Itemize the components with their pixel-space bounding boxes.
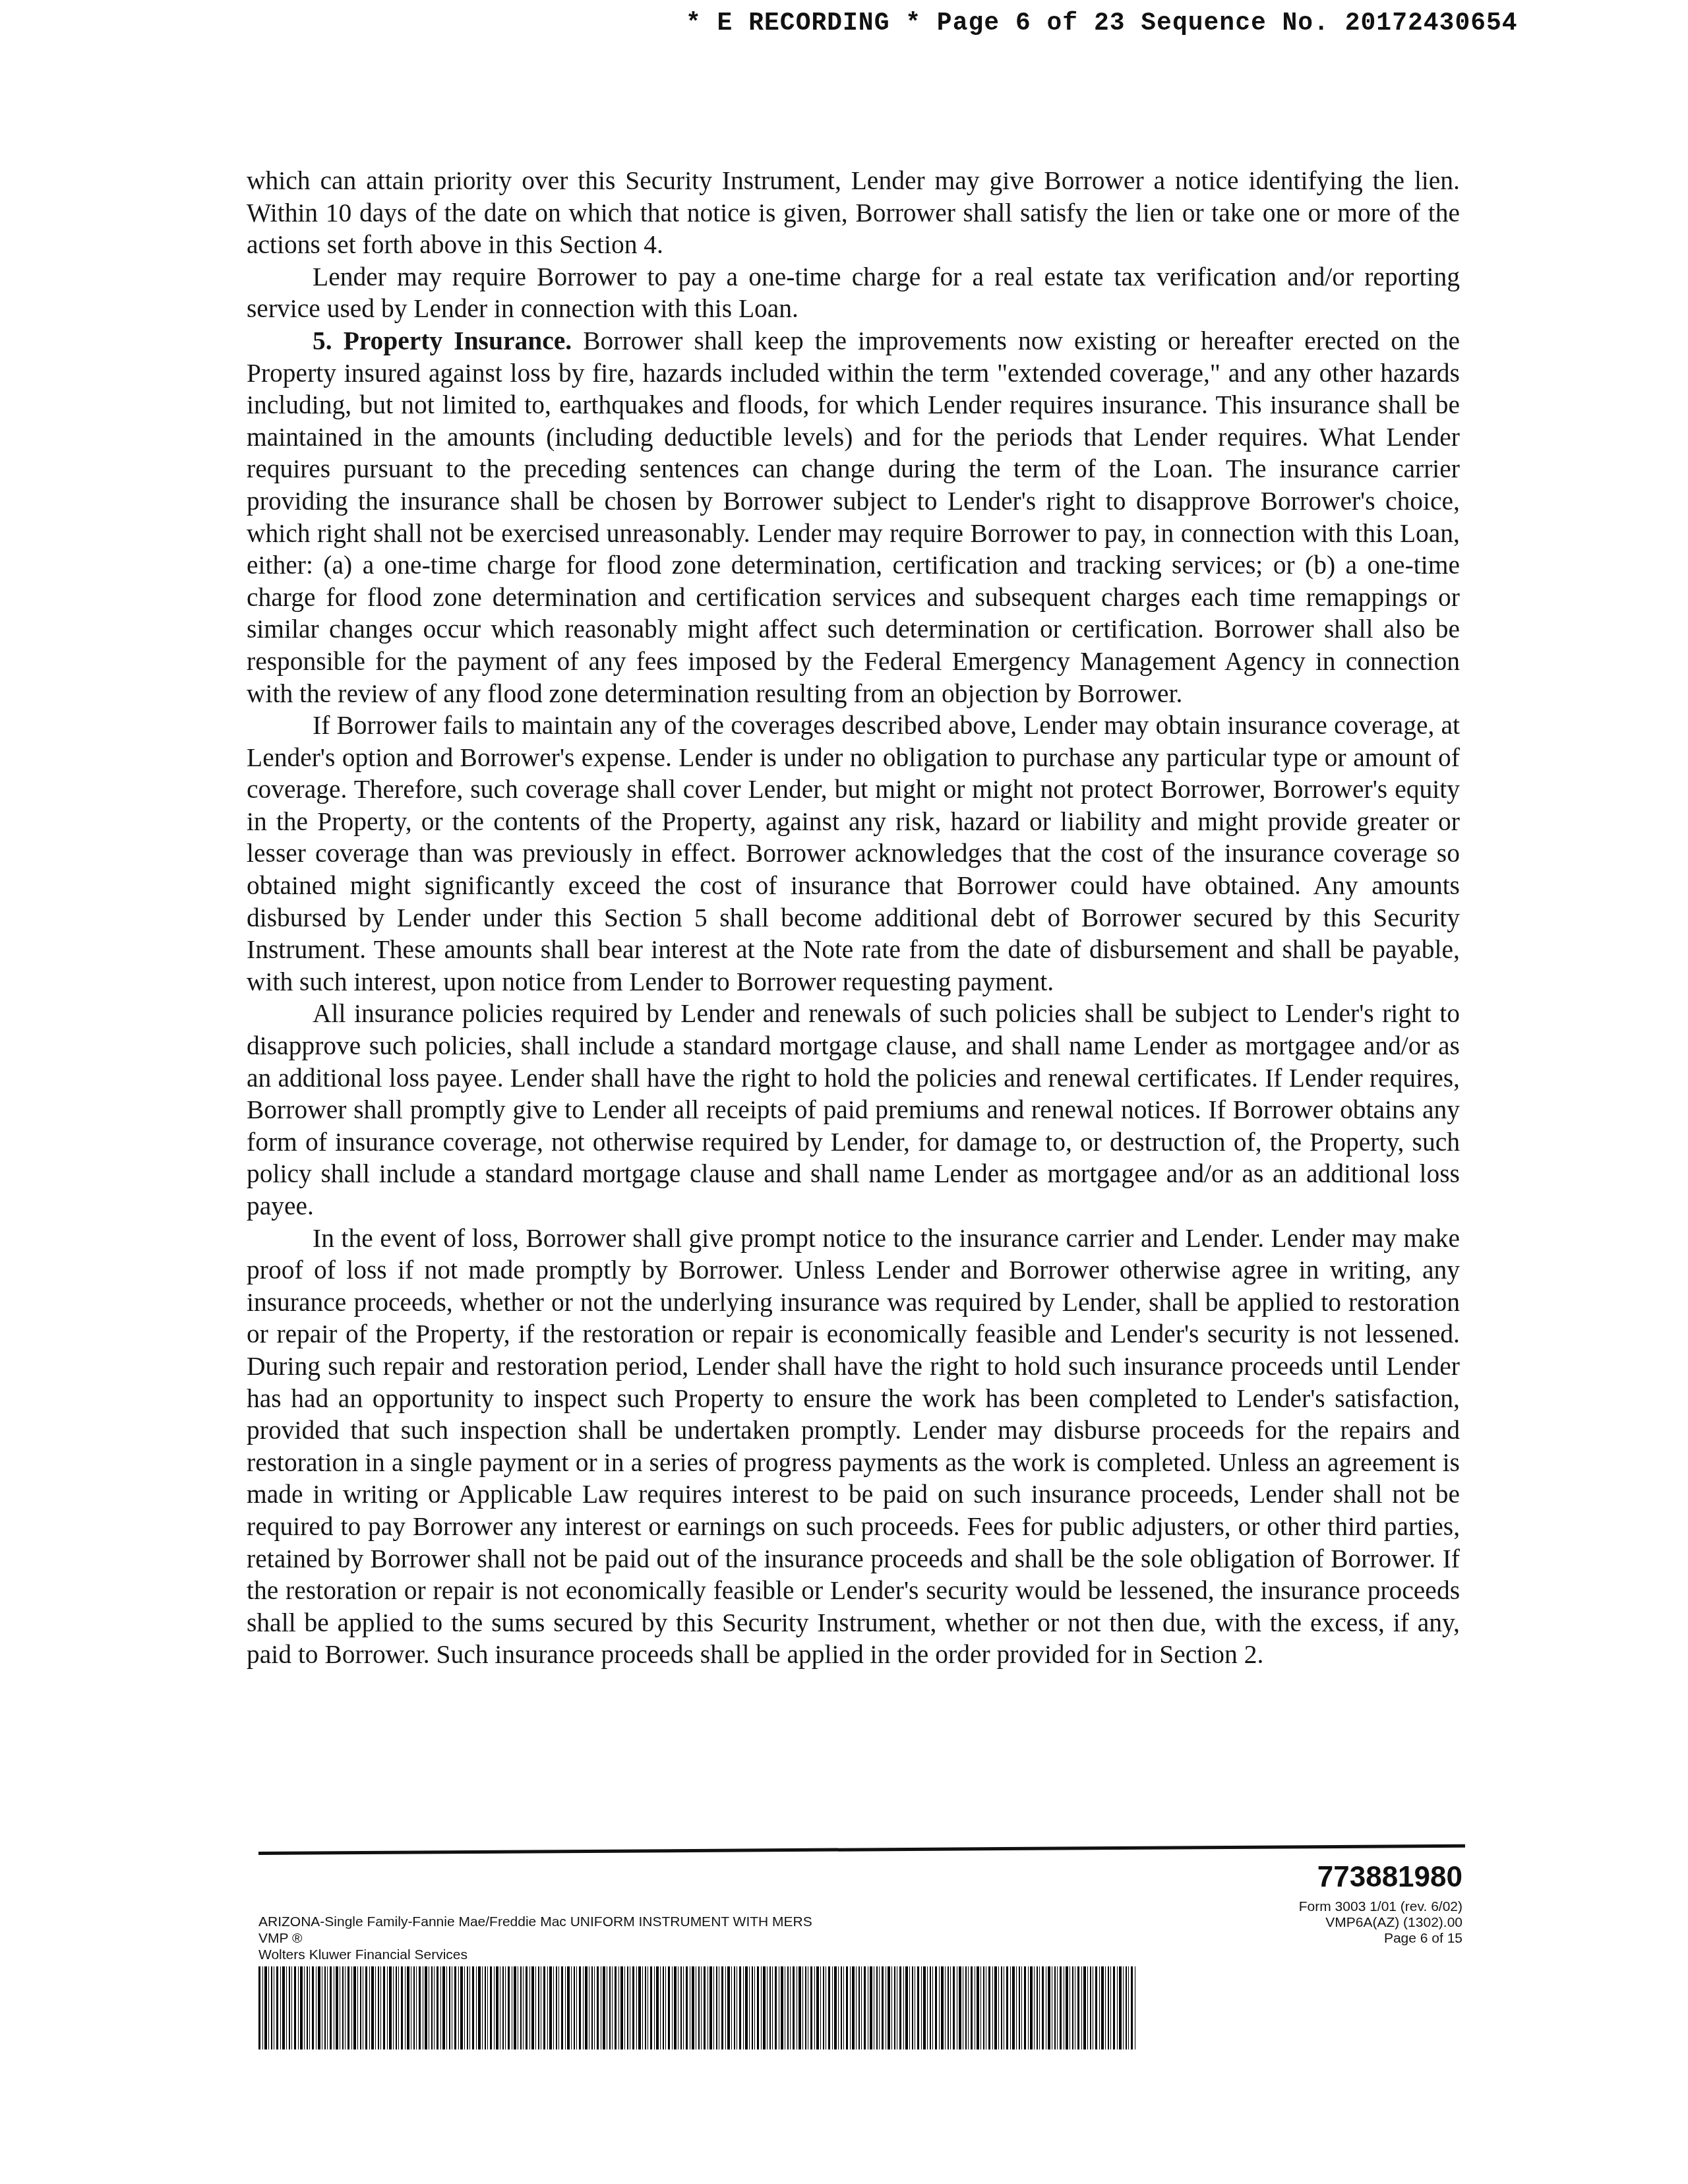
paragraph-event-of-loss: In the event of loss, Borrower shall giv… <box>247 1223 1460 1671</box>
barcode-icon <box>258 1966 1135 2049</box>
document-body: which can attain priority over this Secu… <box>247 165 1460 1671</box>
paragraph-insurance-policies: All insurance policies required by Lende… <box>247 998 1460 1222</box>
footer-form-info: ARIZONA-Single Family-Fannie Mae/Freddie… <box>258 1914 812 1963</box>
paragraph-coverage-failure: If Borrower fails to maintain any of the… <box>247 710 1460 998</box>
form-title: ARIZONA-Single Family-Fannie Mae/Freddie… <box>258 1914 812 1930</box>
footer-divider <box>258 1844 1465 1855</box>
section-text: Borrower shall keep the improvements now… <box>247 326 1460 708</box>
paragraph-property-insurance: 5. Property Insurance. Borrower shall ke… <box>247 325 1460 710</box>
form-number: Form 3003 1/01 (rev. 6/02) <box>1299 1899 1462 1915</box>
page-number: Page 6 of 15 <box>1299 1931 1462 1947</box>
paragraph-lien-notice: which can attain priority over this Secu… <box>247 165 1460 261</box>
section-title: 5. Property Insurance. <box>313 326 572 355</box>
footer-form-numbers: Form 3003 1/01 (rev. 6/02) VMP6A(AZ) (13… <box>1299 1899 1462 1947</box>
vmp-mark: VMP ® <box>258 1930 812 1947</box>
publisher: Wolters Kluwer Financial Services <box>258 1947 812 1963</box>
loan-number: 773881980 <box>1317 1861 1462 1894</box>
vmp-code: VMP6A(AZ) (1302).00 <box>1299 1915 1462 1931</box>
paragraph-tax-verification: Lender may require Borrower to pay a one… <box>247 261 1460 325</box>
recording-stamp: * E RECORDING * Page 6 of 23 Sequence No… <box>686 9 1688 38</box>
